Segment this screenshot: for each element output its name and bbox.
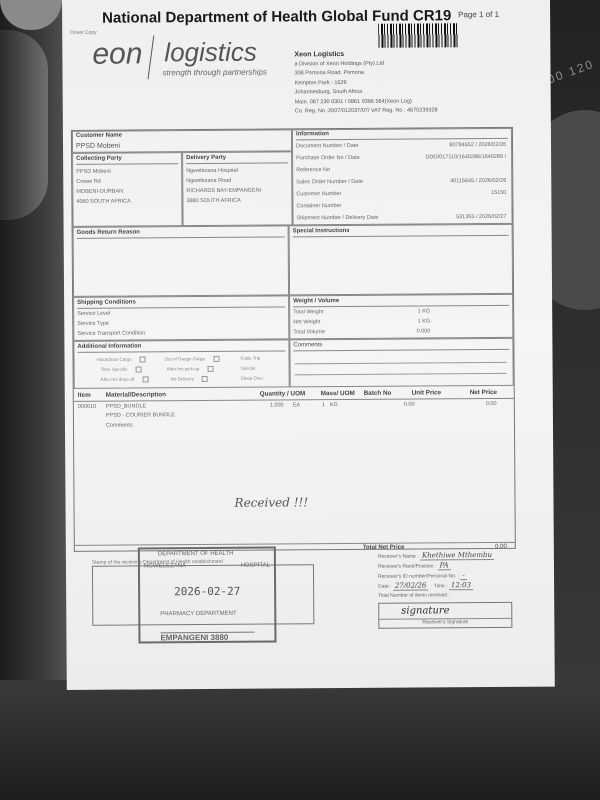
weight-label: Total Volume [293, 329, 325, 335]
item-description: PPSD - COURIER BUNDLE [106, 412, 175, 418]
item-unit-price: 0.00 [404, 402, 415, 408]
weight-row-total: Total Weight1 KG [293, 307, 432, 317]
logo-divider [147, 36, 154, 80]
shipping-row-service-level: Service Level [77, 308, 285, 318]
weight-row-volume: Total Volume0.000 [293, 327, 432, 337]
info-label: Shipment Number / Delivery Date [297, 215, 379, 222]
hospital-stamp: DEPARTMENT OF HEALTH NGWELEZANA HOSPITAL… [138, 547, 277, 644]
stamp-town: EMPANGENI 3880 [160, 632, 254, 643]
collecting-party-box: Collecting Party PPSD Mobeni Crewe Rd MO… [72, 152, 183, 227]
goods-return-header: Goods Return Reason [77, 227, 285, 238]
receiver-rank-label: Receiver's Rank/Position : [378, 563, 436, 569]
logo-tagline: strength through partnerships [162, 68, 267, 78]
weight-row-net: Net Weight1 KG [293, 317, 432, 327]
col-net-price: Net Price [470, 387, 497, 398]
comments-box: Comments [289, 338, 513, 388]
item-material: PPSD_BUNDLE [106, 403, 146, 409]
item-quantity: 1.000 [270, 402, 284, 408]
col-material: Material/Description [106, 389, 166, 400]
weight-label: Net Weight [293, 319, 320, 325]
receiver-signature-box[interactable]: signature Receiver's Signature [378, 602, 512, 629]
item-mass: 1 [322, 402, 325, 408]
checkbox[interactable] [207, 366, 213, 372]
receiver-id-label: Receiver's ID number/Personal No. : [378, 573, 459, 580]
comments-header: Comments [293, 340, 509, 352]
receiver-time-value[interactable]: 12:03 [449, 581, 473, 590]
stamp-department: PHARMACY DEPARTMENT [160, 611, 236, 618]
receiver-id-value[interactable]: - [460, 571, 466, 580]
option-label: Time Specific [101, 367, 128, 372]
item-net-price: 0.00 [486, 401, 497, 407]
option-label: Sleep Over [241, 376, 264, 381]
checkbox[interactable] [135, 366, 141, 372]
shipping-row-service-type: Service Type [77, 318, 285, 328]
logo-eon: eon [92, 37, 142, 71]
receiver-date-label: Date : [378, 584, 391, 590]
item-number: 000010 [78, 404, 96, 410]
col-batch: Batch No [364, 388, 392, 399]
stamp-date: 2026-02-27 [174, 585, 240, 598]
weight-value: 0.000 [417, 327, 431, 336]
handwritten-received-note: Received !!! [234, 495, 308, 510]
info-value: DDO/017110/1640286/1640289 / [425, 153, 506, 163]
delivery-note: National Department of Health Global Fun… [62, 0, 555, 690]
delivery-party-header: Delivery Party [186, 153, 288, 164]
shipping-row-transport-condition: Service Transport Condition [77, 328, 285, 338]
collecting-party-line: Crewe Rd [76, 177, 178, 187]
additional-information-box: Additional Information Hazardous Cargo O… [73, 339, 289, 389]
option-label: Out of Gauge Cargo [164, 356, 205, 361]
finger [0, 30, 48, 220]
info-label: Customer Number [296, 191, 341, 197]
receiver-items-row: Total Number of items received : [378, 590, 518, 601]
customer-name-value: PPSD Mobeni [76, 140, 288, 150]
delivery-party-line: 3880 SOUTH AFRICA [186, 196, 288, 206]
customer-name-header: Customer Name [76, 130, 288, 140]
info-label: Reference No [296, 167, 330, 173]
weight-value: 1 KG [418, 307, 431, 316]
receiver-section: Receiver's Name : Khethiwe Mthembu Recei… [378, 550, 518, 601]
page-indicator: Page 1 of 1 [458, 10, 499, 19]
special-instructions-box: Special Instructions [289, 224, 513, 296]
info-row-reference: Reference No [296, 165, 508, 175]
checkbox[interactable] [202, 376, 208, 382]
copy-label: Driver Copy [70, 30, 96, 36]
collecting-party-line: MOBENI-DURBAN [76, 187, 178, 197]
info-value: 531355 / 2026/02/27 [456, 213, 507, 222]
stamp-top: DEPARTMENT OF HEALTH [158, 551, 234, 558]
option-label: After hrs pick-up [167, 366, 200, 371]
info-row-customer-number: Customer Number15150 [296, 189, 508, 199]
option-futile-trip: Futile Trip [240, 356, 260, 361]
info-value: 15150 [491, 189, 506, 198]
option-label: Special [241, 366, 256, 371]
option-label: No Delivery [171, 376, 194, 381]
company-line: Co. Reg. No :2007/012037/07/ VAT Reg. No… [295, 106, 438, 116]
collecting-party-line: 4060 SOUTH AFRICA [76, 197, 178, 207]
receiver-date-value[interactable]: 27/02/26 [393, 581, 429, 590]
items-table-header: Item Material/Description Quantity / UOM… [74, 387, 514, 402]
delivery-party-line: RICHARDS BAY-EMPANGENI [186, 186, 288, 196]
option-out-of-gauge: Out of Gauge Cargo [164, 356, 219, 362]
receiver-signature: signature [401, 605, 449, 616]
col-item: Item [78, 390, 91, 401]
logo-logistics: logistics [164, 37, 257, 69]
info-row-document-number: Document Number / Date80784652 / 2026/02… [296, 141, 508, 151]
receiver-items-label: Total Number of items received : [378, 592, 450, 599]
special-instructions-header: Special Instructions [293, 226, 509, 238]
background-car-interior [0, 680, 600, 800]
option-no-delivery: No Delivery [171, 376, 208, 382]
delivery-party-line: Ngwelezana Hospital [186, 166, 288, 176]
shipping-conditions-box: Shipping Conditions Service Level Servic… [73, 295, 289, 341]
option-label: After hrs drop-off [101, 377, 135, 382]
comment-line [295, 373, 507, 375]
col-mass: Mass/ UOM [321, 388, 355, 399]
checkbox[interactable] [213, 356, 219, 362]
receiver-name-value[interactable]: Khethiwe Mthembu [420, 551, 494, 561]
additional-information-header: Additional Information [77, 341, 285, 352]
option-label: Hazardous Cargo [96, 357, 131, 362]
info-label: Sales Order Number / Date [296, 179, 363, 185]
comment-line [295, 362, 507, 364]
info-value: 40115645 / 2026/02/26 [450, 177, 506, 186]
company-address: Xeon Logistics a Division of Xeon Holdin… [294, 49, 437, 116]
collecting-party-header: Collecting Party [76, 154, 178, 165]
info-label: Document Number / Date [296, 143, 358, 149]
info-row-container-number: Container Number [296, 201, 508, 211]
information-header: Information [296, 129, 508, 140]
option-hazardous-cargo: Hazardous Cargo [96, 356, 145, 362]
info-row-purchase-order: Purchase Order No / DateDDO/017110/16402… [296, 153, 508, 163]
option-sleep-over: Sleep Over [241, 376, 264, 381]
information-box: Information Document Number / Date807846… [292, 128, 513, 226]
shipping-conditions-header: Shipping Conditions [77, 297, 285, 308]
option-label: Futile Trip [240, 356, 260, 361]
item-uom: EA [293, 402, 300, 408]
receiver-signature-label: Receiver's Signature [379, 618, 511, 628]
weight-volume-header: Weight / Volume [293, 296, 509, 308]
receiver-time-label: Time : [434, 583, 448, 589]
delivery-party-box: Delivery Party Ngwelezana Hospital Ngwel… [182, 151, 293, 226]
col-unit-price: Unit Price [412, 387, 441, 398]
info-label: Purchase Order No / Date [296, 155, 360, 161]
item-comments: Comments [106, 423, 133, 429]
option-after-hrs-pickup: After hrs pick-up [167, 366, 214, 372]
option-special: Special [241, 366, 256, 371]
info-label: Container Number [296, 203, 341, 209]
info-row-sales-order: Sales Order Number / Date40115645 / 2026… [296, 177, 508, 187]
stamp-hospital-name: NGWELEZANA [144, 563, 186, 569]
goods-return-box: Goods Return Reason [73, 225, 289, 297]
delivery-party-line: Ngwelezana Road [186, 176, 288, 186]
option-time-specific: Time Specific [101, 366, 142, 372]
receiver-name-label: Receiver's Name : [378, 554, 419, 560]
receiver-rank-value[interactable]: PA [438, 561, 451, 570]
item-mass-uom: KG [330, 402, 338, 408]
option-after-hrs-dropoff: After hrs drop-off [101, 376, 149, 382]
checkbox[interactable] [142, 376, 148, 382]
info-value: 80784652 / 2026/02/26 [449, 141, 506, 150]
weight-value: 1 KG [418, 317, 431, 326]
collecting-party-line: PPSD Mobeni [76, 167, 178, 177]
checkbox[interactable] [140, 356, 146, 362]
form-grid: Customer Name PPSD Mobeni Collecting Par… [71, 127, 516, 552]
customer-name-box: Customer Name PPSD Mobeni [72, 129, 292, 153]
weight-volume-box: Weight / Volume Total Weight1 KG Net Wei… [289, 294, 513, 340]
col-quantity: Quantity / UOM [260, 388, 306, 399]
stamp-hospital-suffix: HOSPITAL [241, 563, 270, 569]
weight-label: Total Weight [293, 309, 323, 315]
info-row-shipment-number: Shipment Number / Delivery Date531355 / … [297, 213, 509, 223]
barcode [378, 23, 458, 48]
